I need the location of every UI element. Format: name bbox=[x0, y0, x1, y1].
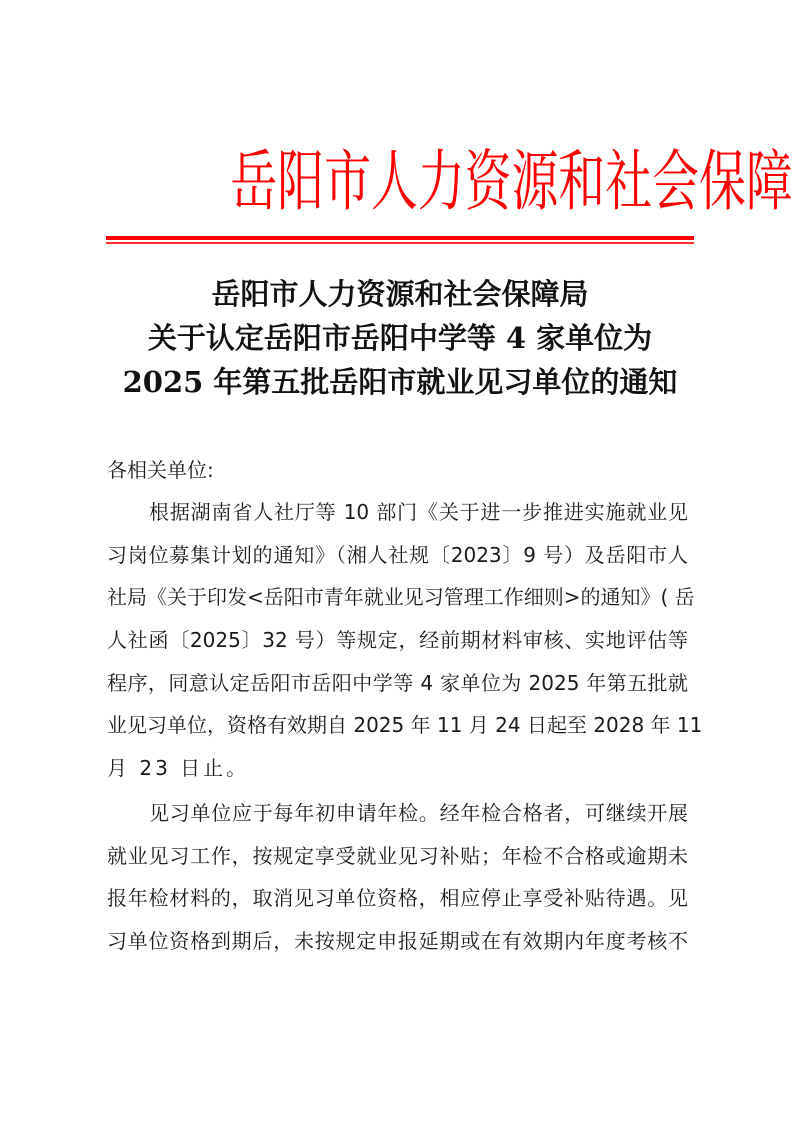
masthead: 岳阳市人力资源和社会保障局 bbox=[106, 140, 694, 224]
masthead-rule-thin bbox=[106, 242, 694, 244]
paragraph-line: 程序，同意认定岳阳市岳阳中学等 4 家单位为 2025 年第五批就 bbox=[107, 662, 688, 705]
masthead-title: 岳阳市人力资源和社会保障局 bbox=[230, 140, 793, 224]
paragraph-line: 业见习单位，资格有效期自 2025 年 11 月 24 日起至 2028 年 1… bbox=[107, 704, 688, 747]
paragraph-line: 根据湖南省人社厅等 10 部门《关于进一步推进实施就业见 bbox=[107, 491, 688, 534]
paragraph-line: 月 23 日止。 bbox=[107, 747, 688, 790]
paragraph-line: 人社函〔2025〕32 号）等规定，经前期材料审核、实地评估等 bbox=[107, 619, 688, 662]
document-page: 岳阳市人力资源和社会保障局 岳阳市人力资源和社会保障局 关于认定岳阳市岳阳中学等… bbox=[0, 0, 793, 1122]
title-line-1: 岳阳市人力资源和社会保障局 bbox=[100, 272, 700, 316]
paragraph-line: 社局《关于印发<岳阳市青年就业见习管理工作细则>的通知》( 岳 bbox=[107, 576, 688, 619]
paragraph-1: 根据湖南省人社厅等 10 部门《关于进一步推进实施就业见 习岗位募集计划的通知》… bbox=[107, 491, 688, 790]
salutation: 各相关单位: bbox=[107, 449, 688, 491]
paragraph-line: 习单位资格到期后，未按规定申报延期或在有效期内年度考核不 bbox=[107, 920, 688, 963]
title-line-2: 关于认定岳阳市岳阳中学等 4 家单位为 bbox=[100, 316, 700, 360]
title-line-3: 2025 年第五批岳阳市就业见习单位的通知 bbox=[100, 360, 700, 404]
paragraph-line: 报年检材料的，取消见习单位资格，相应停止享受补贴待遇。见 bbox=[107, 877, 688, 920]
masthead-rule-thick bbox=[106, 236, 694, 240]
document-body: 各相关单位: 根据湖南省人社厅等 10 部门《关于进一步推进实施就业见 习岗位募… bbox=[107, 449, 688, 963]
paragraph-line: 就业见习工作，按规定享受就业见习补贴；年检不合格或逾期未 bbox=[107, 835, 688, 878]
paragraph-line: 习岗位募集计划的通知》（湘人社规〔2023〕9 号）及岳阳市人 bbox=[107, 534, 688, 577]
paragraph-2: 见习单位应于每年初申请年检。经年检合格者，可继续开展 就业见习工作，按规定享受就… bbox=[107, 792, 688, 963]
document-title: 岳阳市人力资源和社会保障局 关于认定岳阳市岳阳中学等 4 家单位为 2025 年… bbox=[100, 272, 700, 404]
paragraph-line: 见习单位应于每年初申请年检。经年检合格者，可继续开展 bbox=[107, 792, 688, 835]
